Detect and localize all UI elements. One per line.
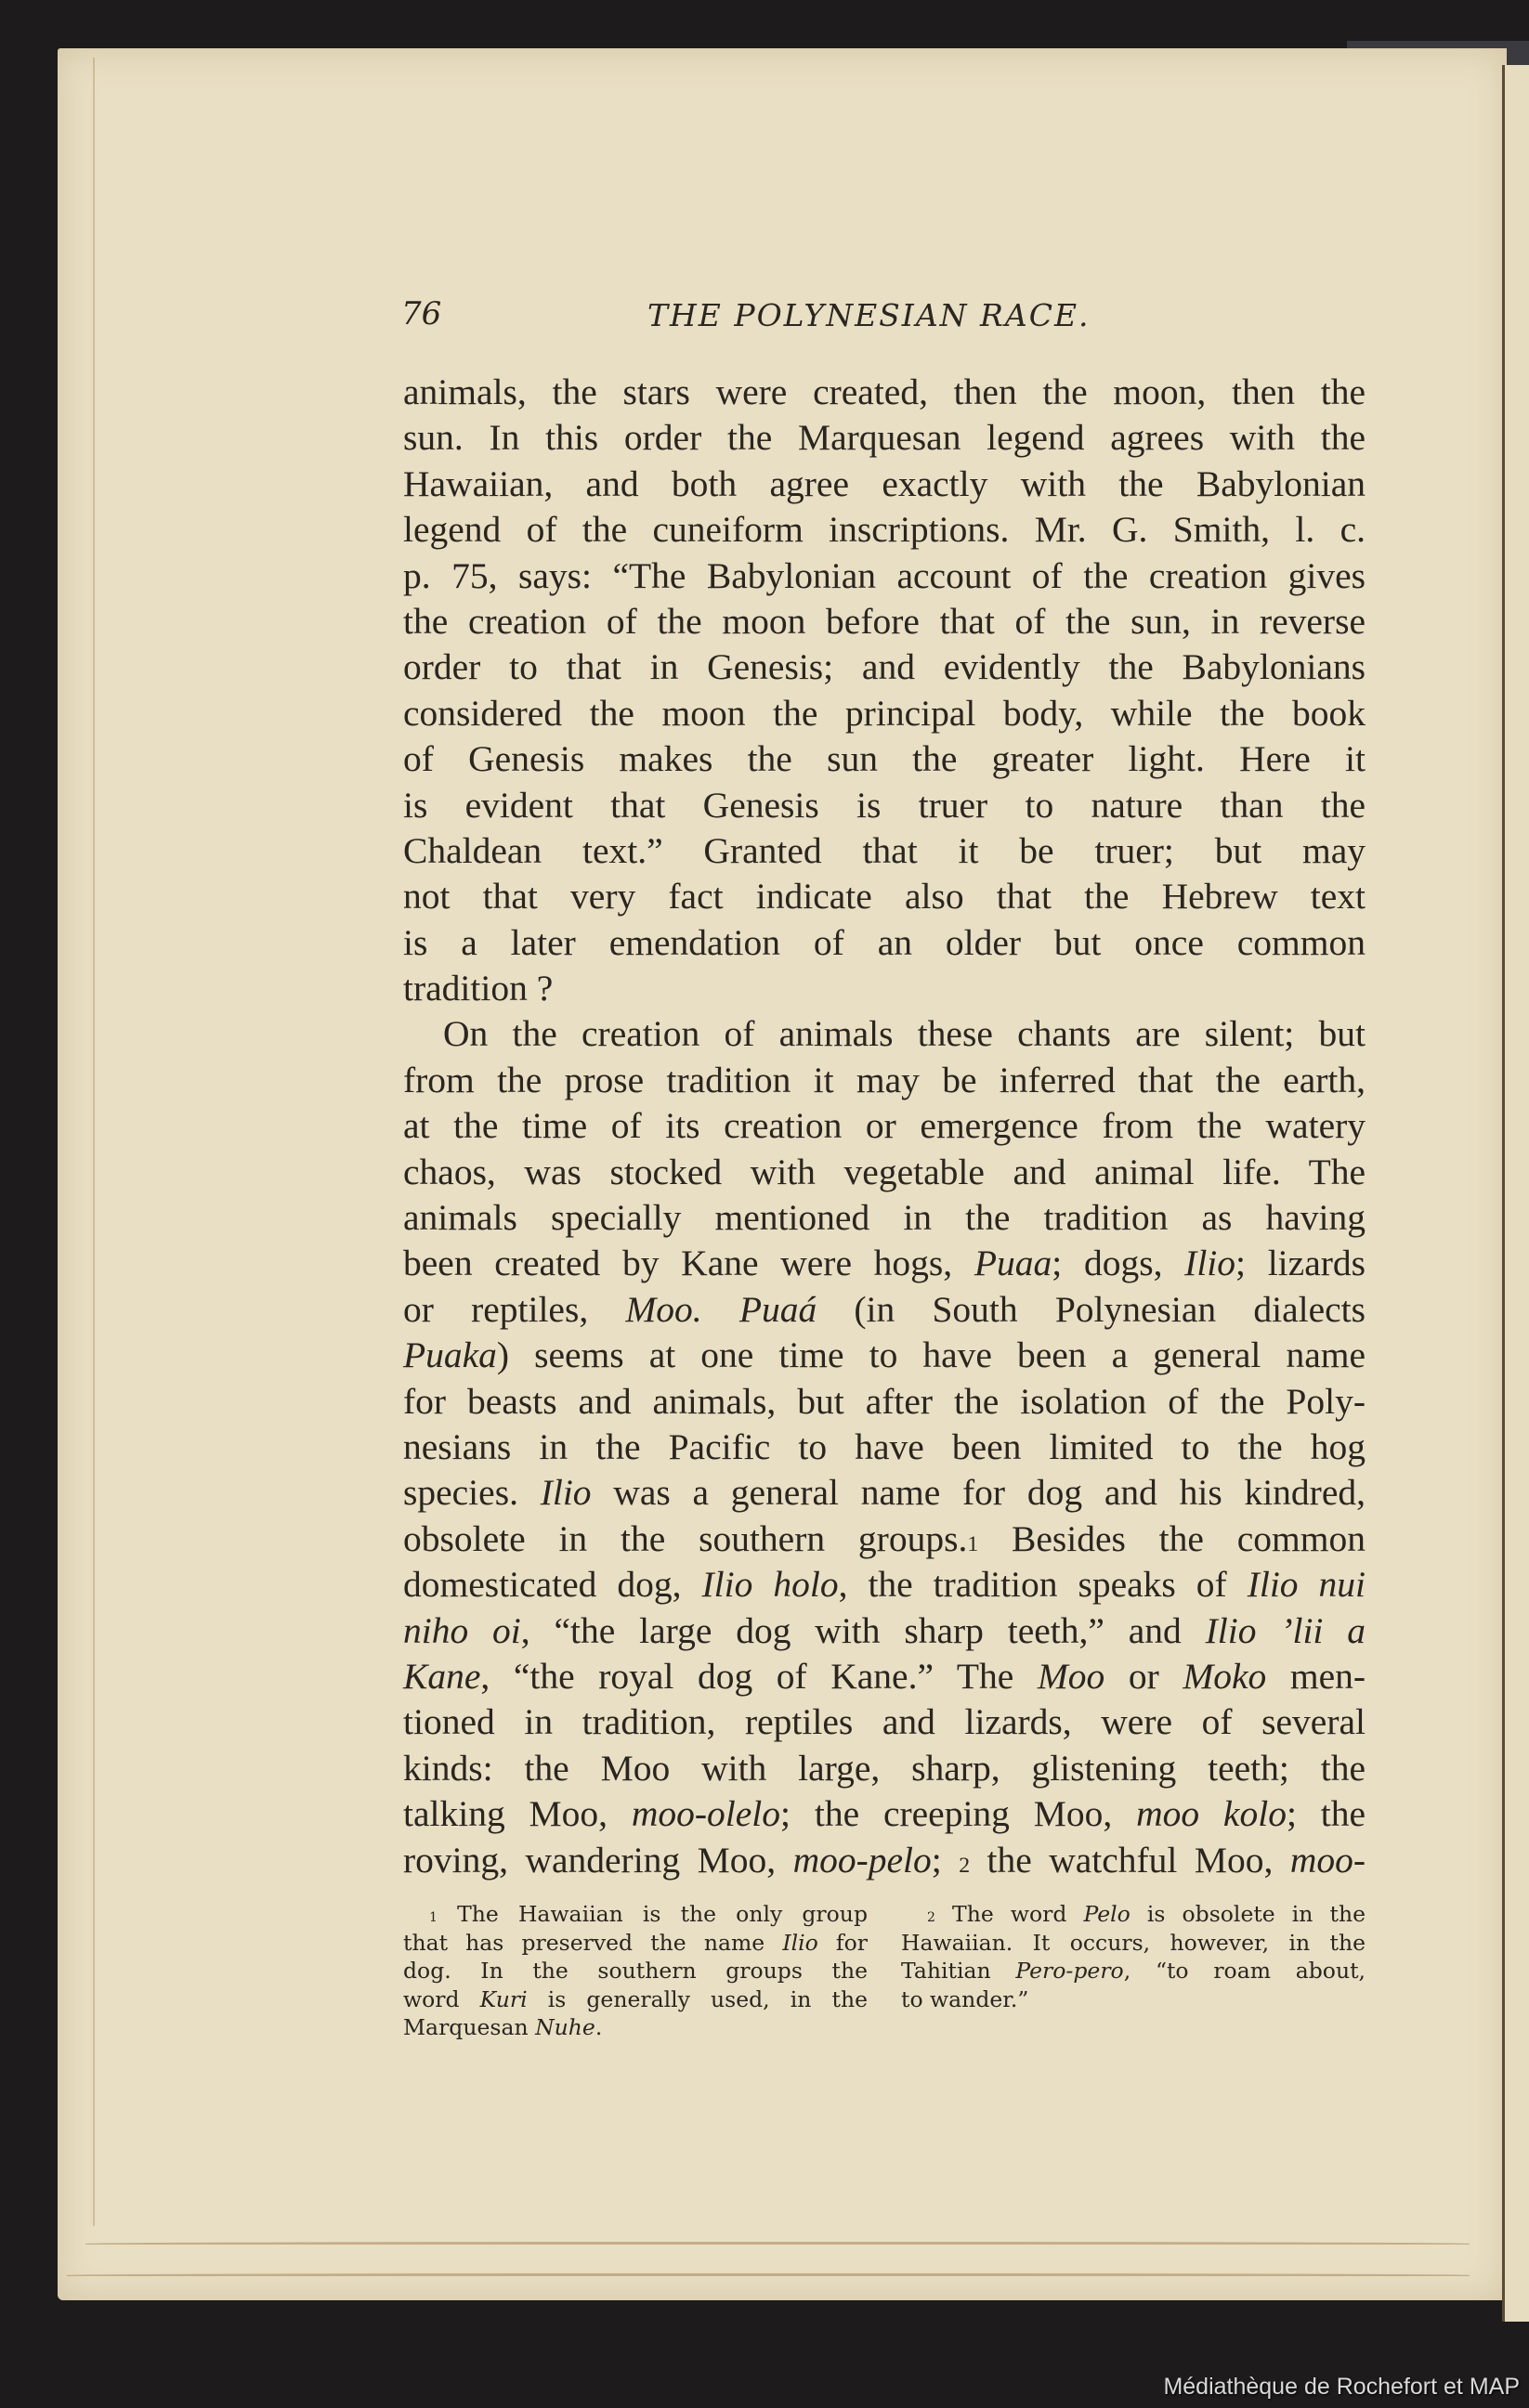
italic-term: Ilio ’lii a: [1206, 1610, 1366, 1651]
text-run: ; dogs,: [1052, 1243, 1184, 1283]
text-line: that has preserved the name Ilio for: [403, 1929, 868, 1958]
text-run: not that very fact indicate also that th…: [403, 876, 1366, 917]
text-run: tradition ?: [403, 968, 553, 1009]
text-run: was a general name for dog and his kindr…: [592, 1472, 1366, 1513]
text-run: nesians in the Pacific to have been limi…: [403, 1426, 1366, 1467]
text-run: is generally used, in the: [528, 1986, 868, 2012]
text-line: 2 The word Pelo is obsolete in the: [901, 1900, 1366, 1929]
text-line: the creation of the moon before that of …: [403, 599, 1366, 644]
text-line: 1 The Hawaiian is the only group: [403, 1900, 868, 1929]
text-run: or reptiles,: [403, 1289, 625, 1330]
text-run: considered the moon the principal body, …: [403, 693, 1366, 734]
italic-term: moo kolo: [1136, 1793, 1287, 1834]
text-line: On the creation of animals these chants …: [403, 1011, 1366, 1057]
text-line: chaos, was stocked with vegetable and an…: [403, 1150, 1366, 1195]
text-line: for beasts and animals, but after the is…: [403, 1379, 1366, 1425]
text-line: obsolete in the southern groups.1 Beside…: [403, 1516, 1366, 1562]
text-run: obsolete in the southern groups.: [403, 1518, 967, 1559]
text-run: the creation of the moon before that of …: [403, 601, 1366, 642]
text-run: Tahitian: [901, 1958, 1015, 1984]
text-line: domesticated dog, Ilio holo, the traditi…: [403, 1562, 1366, 1608]
text-line: been created by Kane were hogs, Puaa; do…: [403, 1241, 1366, 1286]
text-line: kinds: the Moo with large, sharp, gliste…: [403, 1746, 1366, 1791]
text-line: to wander.”: [901, 1985, 1366, 2014]
text-run: , the tradition speaks of: [839, 1564, 1248, 1605]
text-line: is a later emendation of an older but on…: [403, 920, 1366, 966]
text-line: Kane, “the royal dog of Kane.” The Moo o…: [403, 1654, 1366, 1699]
text-run: the watchful Moo,: [970, 1840, 1290, 1881]
text-run: from the prose tradition it may be infer…: [403, 1060, 1366, 1100]
text-run: Chaldean text.” Granted that it be truer…: [403, 830, 1366, 871]
text-run: .: [595, 2014, 602, 2040]
text-run: is obsolete in the: [1130, 1901, 1366, 1927]
text-run: , “the large dog with sharp teeth,” and: [521, 1610, 1206, 1651]
italic-term: niho oi: [403, 1610, 521, 1651]
body-text: animals, the stars were created, then th…: [403, 370, 1366, 1883]
text-line: niho oi, “the large dog with sharp teeth…: [403, 1608, 1366, 1654]
text-run: p. 75, says: “The Babylonian account of …: [403, 555, 1366, 596]
running-head: 76 THE POLYNESIAN RACE.: [401, 295, 1367, 342]
text-line: talking Moo, moo-olelo; the creeping Moo…: [403, 1791, 1366, 1837]
footnotes: 1 The Hawaiian is the only groupthat has…: [403, 1900, 1366, 2086]
text-run: , “to roam about,: [1124, 1958, 1366, 1984]
text-run: that has preserved the name: [403, 1930, 782, 1956]
text-run: ; the: [1287, 1793, 1366, 1834]
italic-term: moo-pelo: [793, 1840, 932, 1881]
text-run: The word: [935, 1901, 1084, 1927]
italic-term: Pero-pero: [1015, 1958, 1123, 1984]
text-line: at the time of its creation or emergence…: [403, 1103, 1366, 1149]
text-line: tioned in tradition, reptiles and lizard…: [403, 1699, 1366, 1745]
text-line: animals specially mentioned in the tradi…: [403, 1195, 1366, 1241]
page-stain: [65, 58, 95, 2226]
italic-term: Nuhe: [535, 2014, 595, 2040]
text-run: sun. In this order the Marquesan legend …: [403, 417, 1366, 458]
text-run: been created by Kane were hogs,: [403, 1243, 974, 1283]
text-run: ;: [932, 1840, 959, 1881]
italic-term: moo-olelo: [632, 1793, 780, 1834]
text-run: is evident that Genesis is truer to natu…: [403, 785, 1366, 826]
watermark-credit: Médiathèque de Rochefort et MAP: [1163, 2374, 1520, 2401]
text-line: not that very fact indicate also that th…: [403, 874, 1366, 919]
text-run: (in South Polynesian dialects: [817, 1289, 1366, 1330]
running-title: THE POLYNESIAN RACE.: [647, 297, 1091, 333]
text-run: The Hawaiian is the only group: [438, 1901, 868, 1927]
text-line: word Kuri is generally used, in the: [403, 1985, 868, 2014]
text-run: talking Moo,: [403, 1793, 632, 1834]
text-line: Chaldean text.” Granted that it be truer…: [403, 828, 1366, 874]
text-run: roving, wandering Moo,: [403, 1840, 793, 1881]
text-run: animals, the stars were created, then th…: [403, 371, 1366, 412]
italic-term: Moo: [1038, 1656, 1104, 1697]
footnote-marker: 1: [429, 1910, 438, 1925]
text-run: ) seems at one time to have been a gener…: [497, 1334, 1366, 1375]
text-run: for beasts and animals, but after the is…: [403, 1381, 1366, 1422]
text-line: from the prose tradition it may be infer…: [403, 1058, 1366, 1103]
text-run: men-: [1266, 1656, 1366, 1697]
footnote-marker: 1: [967, 1532, 978, 1556]
italic-term: Puaa: [974, 1243, 1052, 1283]
text-run: dog. In the southern groups the: [403, 1958, 868, 1984]
page-number: 76: [401, 295, 441, 332]
italic-term: Puaka: [403, 1334, 497, 1375]
text-line: Marquesan Nuhe.: [403, 2013, 868, 2042]
text-run: tioned in tradition, reptiles and lizard…: [403, 1701, 1366, 1742]
text-line: nesians in the Pacific to have been limi…: [403, 1425, 1366, 1470]
footnote-marker: 2: [959, 1854, 970, 1878]
text-run: word: [403, 1986, 480, 2012]
italic-term: Moo.: [625, 1289, 701, 1330]
text-run: ; the creeping Moo,: [780, 1793, 1136, 1834]
text-run: for: [818, 1930, 868, 1956]
text-line: tradition ?: [403, 966, 1366, 1011]
text-run: is a later emendation of an older but on…: [403, 922, 1366, 963]
text-run: [702, 1289, 739, 1330]
italic-term: Pelo: [1083, 1901, 1130, 1927]
text-run: of Genesis makes the sun the greater lig…: [403, 738, 1366, 779]
text-run: kinds: the Moo with large, sharp, gliste…: [403, 1748, 1366, 1789]
italic-term: Kane: [403, 1656, 480, 1697]
text-line: roving, wandering Moo, moo-pelo; 2 the w…: [403, 1838, 1366, 1883]
text-line: legend of the cuneiform inscriptions. Mr…: [403, 507, 1366, 553]
text-line: Puaka) seems at one time to have been a …: [403, 1333, 1366, 1378]
text-run: ; lizards: [1235, 1243, 1366, 1283]
italic-term: Ilio nui: [1248, 1564, 1366, 1605]
text-line: Hawaiian, and both agree exactly with th…: [403, 462, 1366, 507]
text-line: Tahitian Pero-pero, “to roam about,: [901, 1957, 1366, 1985]
text-line: sun. In this order the Marquesan legend …: [403, 415, 1366, 461]
text-run: domesticated dog,: [403, 1564, 702, 1605]
water-stain-line: [67, 2273, 1470, 2278]
text-run: Marquesan: [403, 2014, 535, 2040]
text-line: order to that in Genesis; and evidently …: [403, 644, 1366, 690]
italic-term: Kuri: [480, 1986, 528, 2012]
italic-term: Moko: [1183, 1656, 1266, 1697]
italic-term: Ilio: [1184, 1243, 1235, 1283]
text-line: is evident that Genesis is truer to natu…: [403, 783, 1366, 828]
italic-term: Ilio: [541, 1472, 592, 1513]
text-run: legend of the cuneiform inscriptions. Mr…: [403, 509, 1366, 550]
text-line: of Genesis makes the sun the greater lig…: [403, 736, 1366, 782]
italic-term: Ilio: [782, 1930, 817, 1956]
text-run: or: [1104, 1656, 1183, 1697]
text-run: Hawaiian. It occurs, however, in the: [901, 1930, 1366, 1956]
text-run: , “the royal dog of Kane.” The: [480, 1656, 1037, 1697]
text-line: dog. In the southern groups the: [403, 1957, 868, 1985]
text-run: On the creation of animals these chants …: [443, 1013, 1366, 1054]
text-run: animals specially mentioned in the tradi…: [403, 1197, 1366, 1238]
italic-term: Ilio holo: [702, 1564, 839, 1605]
footnote-1: 1 The Hawaiian is the only groupthat has…: [403, 1900, 868, 2042]
italic-term: Puaá: [739, 1289, 817, 1330]
text-run: Hawaiian, and both agree exactly with th…: [403, 463, 1366, 504]
text-line: considered the moon the principal body, …: [403, 691, 1366, 736]
text-line: species. Ilio was a general name for dog…: [403, 1470, 1366, 1516]
text-line: animals, the stars were created, then th…: [403, 370, 1366, 415]
text-run: at the time of its creation or emergence…: [403, 1105, 1366, 1146]
italic-term: moo-: [1290, 1840, 1366, 1881]
text-run: chaos, was stocked with vegetable and an…: [403, 1152, 1366, 1192]
text-run: species.: [403, 1472, 541, 1513]
text-run: Besides the common: [978, 1518, 1366, 1559]
text-run: to wander.”: [901, 1986, 1028, 2012]
facing-page-edge: [1502, 65, 1529, 2322]
footnote-marker: 2: [927, 1910, 935, 1925]
text-line: Hawaiian. It occurs, however, in the: [901, 1929, 1366, 1958]
text-line: or reptiles, Moo. Puaá (in South Polynes…: [403, 1287, 1366, 1333]
footnote-2: 2 The word Pelo is obsolete in theHawaii…: [901, 1900, 1366, 2013]
text-run: order to that in Genesis; and evidently …: [403, 646, 1366, 687]
text-line: p. 75, says: “The Babylonian account of …: [403, 553, 1366, 599]
water-stain-line: [85, 2242, 1470, 2246]
